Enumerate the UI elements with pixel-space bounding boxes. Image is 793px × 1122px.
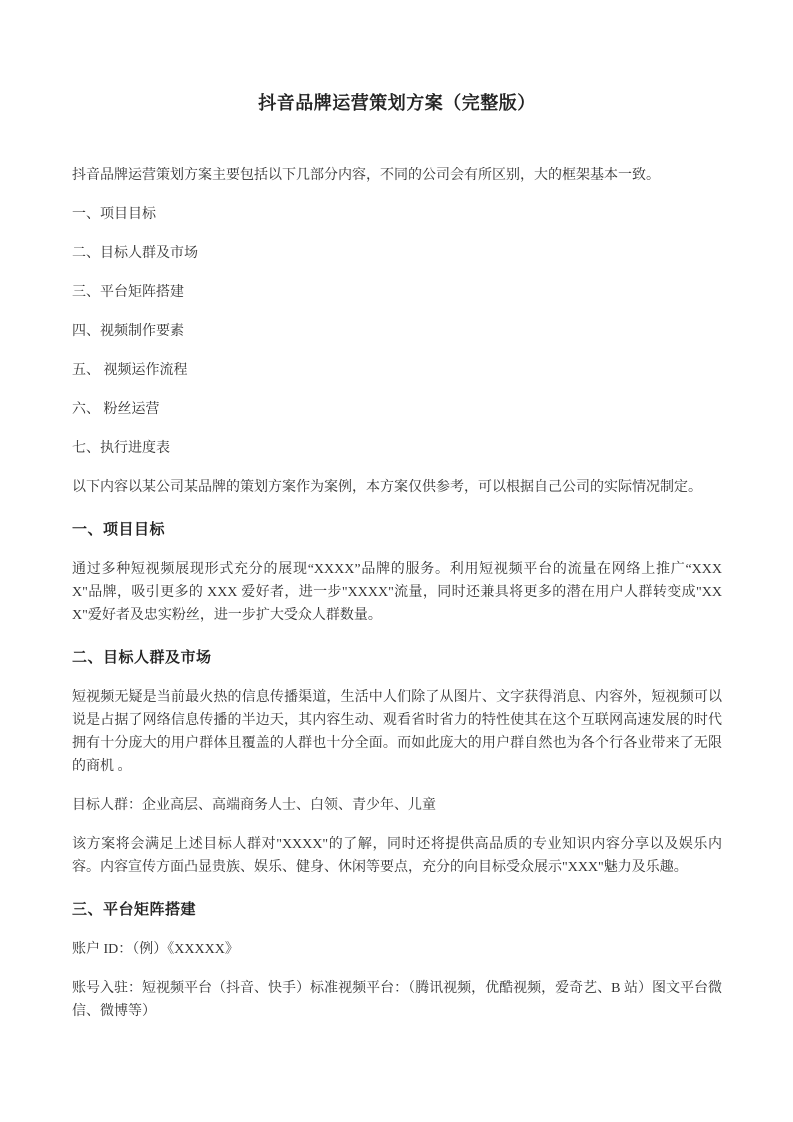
- section-1-paragraph-1: 通过多种短视频展现形式充分的展现“XXXX”品牌的服务。利用短视频平台的流量在网…: [72, 558, 722, 627]
- toc-item-1: 一、项目目标: [72, 203, 722, 226]
- toc-item-2: 二、目标人群及市场: [72, 242, 722, 265]
- toc-item-3: 三、平台矩阵搭建: [72, 281, 722, 304]
- section-heading-2: 二、目标人群及市场: [72, 646, 722, 670]
- section-heading-3: 三、平台矩阵搭建: [72, 898, 722, 922]
- toc-item-5: 五、 视频运作流程: [72, 359, 722, 382]
- intro-paragraph: 抖音品牌运营策划方案主要包括以下几部分内容，不同的公司会有所区别，大的框架基本一…: [72, 164, 722, 187]
- section-2-paragraph-3: 该方案将会满足上述目标人群对"XXXX"的了解，同时还将提供高品质的专业知识内容…: [72, 833, 722, 879]
- section-3-paragraph-1: 账户 ID：（例）《XXXXX》: [72, 938, 722, 961]
- toc-item-6: 六、 粉丝运营: [72, 398, 722, 421]
- toc-item-7: 七、执行进度表: [72, 437, 722, 460]
- toc-item-4: 四、视频制作要素: [72, 320, 722, 343]
- doc-title: 抖音品牌运营策划方案（完整版）: [72, 90, 722, 116]
- section-3-paragraph-2: 账号入驻：短视频平台（抖音、快手）标准视频平台：（腾讯视频，优酷视频，爱奇艺、B…: [72, 977, 722, 1023]
- note-paragraph: 以下内容以某公司某品牌的策划方案作为案例，本方案仅供参考，可以根据自己公司的实际…: [72, 476, 722, 499]
- section-2-paragraph-2: 目标人群：企业高层、高端商务人士、白领、青少年、儿童: [72, 794, 722, 817]
- section-heading-1: 一、项目目标: [72, 518, 722, 542]
- document-page: 抖音品牌运营策划方案（完整版） 抖音品牌运营策划方案主要包括以下几部分内容，不同…: [0, 0, 793, 1122]
- section-2-paragraph-1: 短视频无疑是当前最火热的信息传播渠道，生活中人们除了从图片、文字获得消息、内容外…: [72, 686, 722, 778]
